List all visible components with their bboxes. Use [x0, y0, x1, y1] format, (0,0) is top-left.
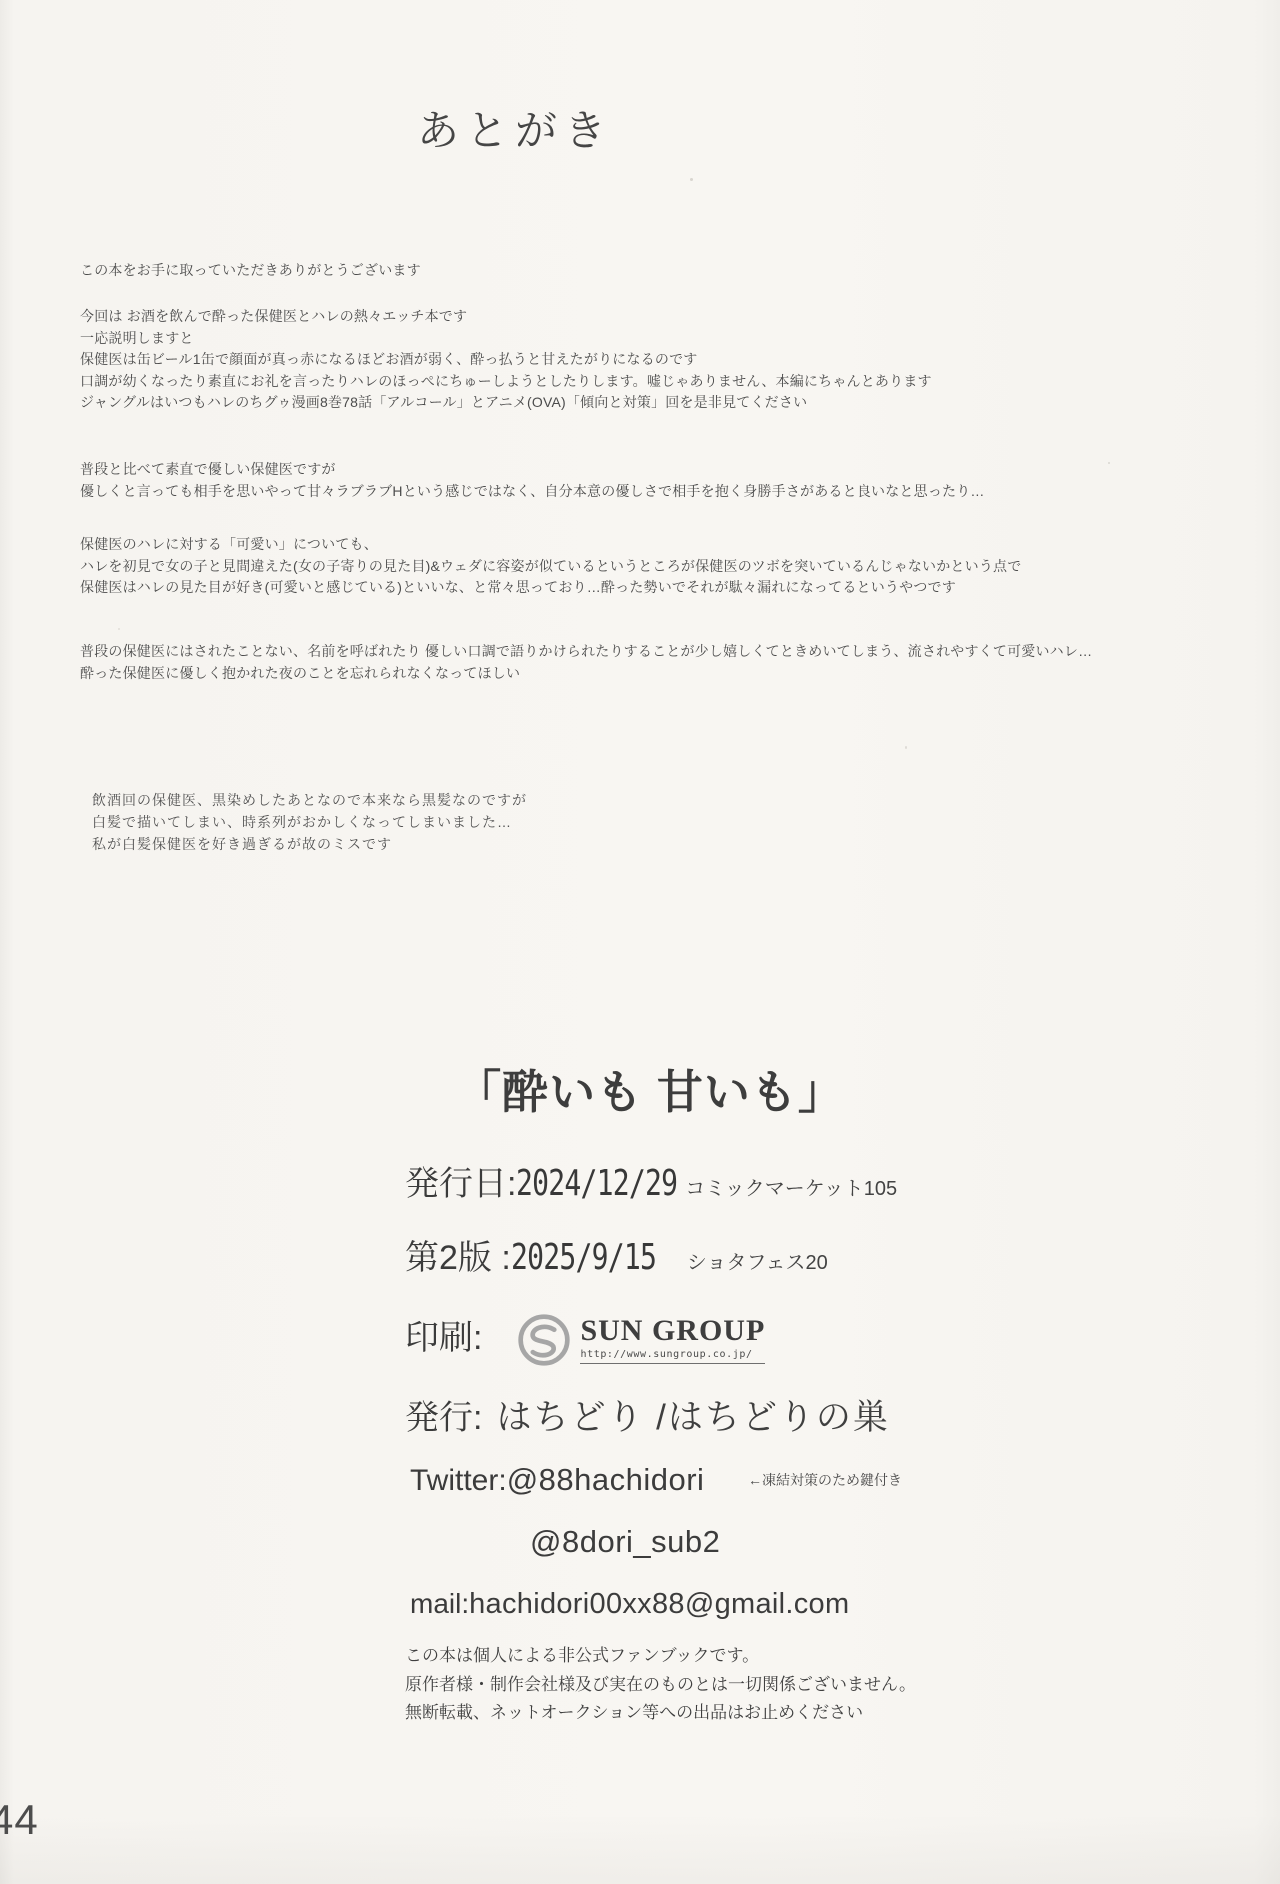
scan-speck [690, 178, 693, 181]
disclaimer-block: この本は個人による非公式ファンブックです。 原作者様・制作会社様及び実在のものと… [405, 1642, 916, 1728]
text-line: 保健医はハレの見た目が好き(可愛いと感じている)といいな、と常々思っており…酔っ… [80, 577, 1021, 599]
paragraph-thanks: この本をお手に取っていただきありがとうございます [80, 260, 421, 282]
mail-row: mail:hachidori00xx88@gmail.com [410, 1588, 849, 1621]
disclaimer-line: この本は個人による非公式ファンブックです。 [405, 1642, 916, 1671]
second-edition-event: ショタフェス20 [687, 1252, 828, 1274]
first-edition-event: コミックマーケット105 [685, 1178, 897, 1200]
paragraph-hair-mistake: 飲酒回の保健医、黒染めしたあとなので本来なら黒髪なのですが 白髪で描いてしまい、… [92, 789, 527, 855]
mail-label: mail: [410, 1588, 469, 1619]
page-title: あとがき [0, 98, 1030, 158]
text-line: ハレを初見で女の子と見間違えた(女の子寄りの見た目)&ウェダに容姿が似ているとい… [80, 556, 1021, 578]
scan-speck [1108, 462, 1110, 464]
twitter-label: Twitter: [410, 1464, 507, 1497]
publisher-name: はちどり /はちどりの巣 [496, 1398, 889, 1437]
twitter-lock-note: ←凍結対策のため鍵付き [748, 1470, 902, 1490]
text-line: 保健医のハレに対する「可愛い」についても、 [80, 534, 1021, 556]
printer-url: http://www.sungroup.co.jp/ [580, 1348, 765, 1364]
text-line: 私が白髪保健医を好き過ぎるが故のミスです [92, 833, 527, 855]
paragraph-kindness: 普段と比べて素直で優しい保健医ですが 優しくと言っても相手を思いやって甘々ラブラ… [80, 459, 985, 502]
paragraph-hare: 普段の保健医にはされたことない、名前を呼ばれたり 優しい口調で語りかけられたりす… [80, 641, 1092, 684]
text-line: この本をお手に取っていただきありがとうございます [80, 260, 421, 282]
second-edition-date: 2025/9/15 [511, 1237, 656, 1278]
text-line: 一応説明しますと [80, 328, 932, 350]
text-line: 普段の保健医にはされたことない、名前を呼ばれたり 優しい口調で語りかけられたりす… [80, 641, 1092, 663]
paragraph-kawaii: 保健医のハレに対する「可愛い」についても、 ハレを初見で女の子と見間違えた(女の… [80, 534, 1021, 599]
printer-name: SUN GROUP [580, 1314, 765, 1348]
second-edition-label: 第2版 : [405, 1239, 511, 1277]
sun-group-logo-icon [516, 1312, 572, 1368]
first-edition-label: 発行日: [405, 1165, 516, 1203]
text-line: 普段と比べて素直で優しい保健医ですが [80, 459, 985, 481]
disclaimer-line: 原作者様・制作会社様及び実在のものとは一切関係ございません。 [405, 1671, 916, 1700]
afterword-page: あとがき この本をお手に取っていただきありがとうございます 今回は お酒を飲んで… [0, 0, 1280, 1884]
mail-address: hachidori00xx88@gmail.com [469, 1588, 849, 1620]
second-edition-row: 第2版 :2025/9/15ショタフェス20 [405, 1230, 828, 1279]
text-line: 飲酒回の保健医、黒染めしたあとなので本来なら黒髪なのですが [92, 789, 527, 811]
printing-row: 印刷: SUN GROUP http://www.sungroup.co.jp/ [405, 1310, 765, 1368]
disclaimer-line: 無断転載、ネットオークション等への出品はお止めください [405, 1699, 916, 1728]
text-line: 優しくと言っても相手を思いやって甘々ラブラブHという感じではなく、自分本意の優し… [80, 481, 985, 503]
sun-group-text-stack: SUN GROUP http://www.sungroup.co.jp/ [580, 1314, 765, 1364]
first-edition-date: 2024/12/29 [516, 1163, 677, 1204]
book-title: 「酔いも 甘いも」 [400, 1056, 900, 1122]
scan-speck [905, 746, 907, 749]
text-line: 口調が幼くなったり素直にお礼を言ったりハレのほっぺにちゅーしようとしたりします。… [80, 371, 932, 393]
twitter-sub-row: @8dori_sub2 [530, 1524, 720, 1560]
first-edition-row: 発行日:2024/12/29コミックマーケット105 [405, 1156, 897, 1205]
twitter-row: Twitter:@88hachidori [410, 1462, 704, 1498]
text-line: ジャングルはいつもハレのちグゥ漫画8巻78話「アルコール」とアニメ(OVA)「傾… [80, 392, 932, 414]
text-line: 白髪で描いてしまい、時系列がおかしくなってしまいました… [92, 811, 527, 833]
publisher-row: 発行:はちどり /はちどりの巣 [405, 1390, 890, 1440]
page-number: 44 [0, 1796, 39, 1844]
sun-group-logo: SUN GROUP http://www.sungroup.co.jp/ [516, 1310, 765, 1368]
printing-label: 印刷: [405, 1310, 482, 1359]
text-line: 保健医は缶ビール1缶で顔面が真っ赤になるほどお酒が弱く、酔っ払うと甘えたがりにな… [80, 349, 932, 371]
publisher-label: 発行: [405, 1399, 482, 1437]
text-line: 今回は お酒を飲んで酔った保健医とハレの熱々エッチ本です [80, 306, 932, 328]
text-line: 酔った保健医に優しく抱かれた夜のことを忘れられなくなってほしい [80, 663, 1092, 685]
scan-speck [118, 628, 120, 630]
paragraph-book-intro: 今回は お酒を飲んで酔った保健医とハレの熱々エッチ本です 一応説明しますと 保健… [80, 306, 932, 414]
twitter-main-handle: @88hachidori [507, 1462, 705, 1497]
